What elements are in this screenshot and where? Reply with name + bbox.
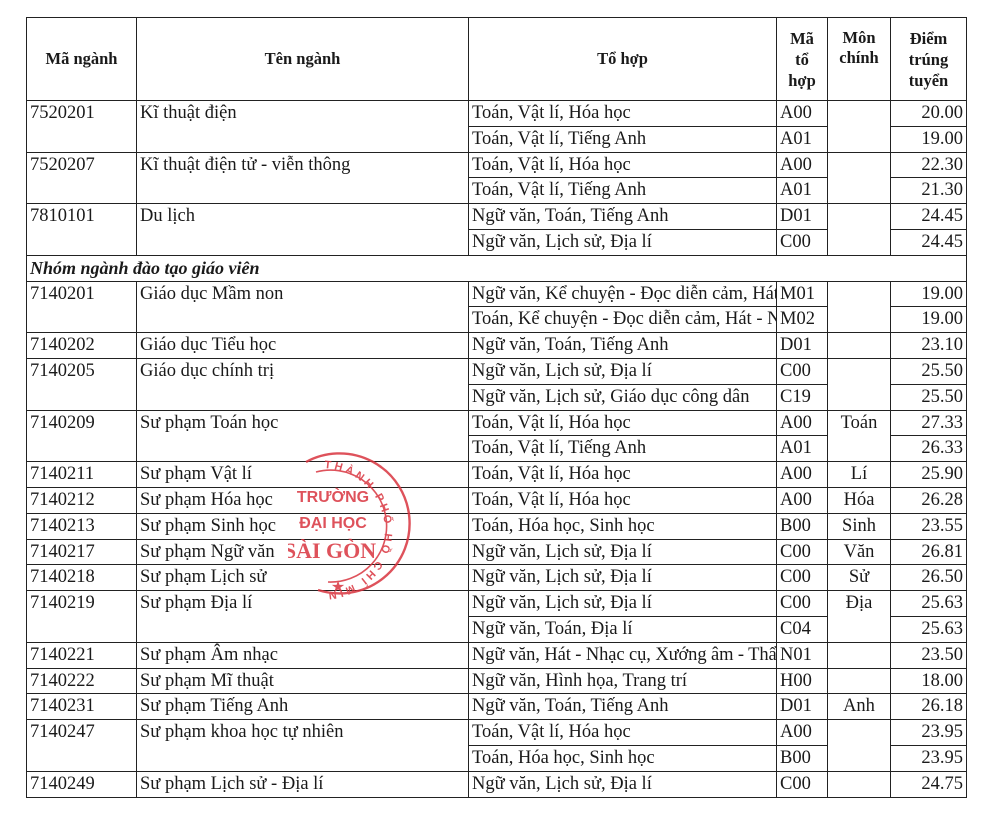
major-name: Sư phạm Lịch sử - Địa lí <box>137 771 469 797</box>
subject-combination: Ngữ văn, Toán, Tiếng Anh <box>469 204 777 230</box>
major-name: Du lịch <box>137 204 469 256</box>
subject-combination: Toán, Vật lí, Tiếng Anh <box>469 436 777 462</box>
combination-code: C00 <box>777 539 828 565</box>
main-subject <box>828 204 891 256</box>
admission-score: 20.00 <box>891 101 967 127</box>
major-code: 7140201 <box>27 281 137 333</box>
admission-score: 23.10 <box>891 333 967 359</box>
header-to-hop: Tổ hợp <box>469 18 777 101</box>
header-ma-to-hop: Mã tổ hợp <box>777 18 828 101</box>
major-code: 7140221 <box>27 642 137 668</box>
subject-combination: Toán, Vật lí, Hóa học <box>469 410 777 436</box>
combination-code: A00 <box>777 152 828 178</box>
combination-code: A01 <box>777 126 828 152</box>
admission-score: 23.55 <box>891 513 967 539</box>
admission-score: 19.00 <box>891 307 967 333</box>
table-row: 7140221Sư phạm Âm nhạcNgữ văn, Hát - Nhạ… <box>27 642 967 668</box>
subject-combination: Ngữ văn, Lịch sử, Địa lí <box>469 565 777 591</box>
subject-combination: Toán, Vật lí, Tiếng Anh <box>469 178 777 204</box>
main-subject <box>828 642 891 668</box>
main-subject <box>828 668 891 694</box>
main-subject <box>828 358 891 410</box>
combination-code: M01 <box>777 281 828 307</box>
table-row: 7140205Giáo dục chính trịNgữ văn, Lịch s… <box>27 358 967 384</box>
combination-code: D01 <box>777 333 828 359</box>
admission-score: 19.00 <box>891 281 967 307</box>
subject-combination: Ngữ văn, Toán, Tiếng Anh <box>469 333 777 359</box>
subject-combination: Ngữ văn, Lịch sử, Địa lí <box>469 358 777 384</box>
table-row: 7520207Kĩ thuật điện tử - viễn thôngToán… <box>27 152 967 178</box>
combination-code: A00 <box>777 462 828 488</box>
major-code: 7140219 <box>27 591 137 643</box>
combination-code: A00 <box>777 101 828 127</box>
subject-combination: Ngữ văn, Toán, Tiếng Anh <box>469 694 777 720</box>
main-subject: Anh <box>828 694 891 720</box>
admission-score: 26.33 <box>891 436 967 462</box>
table-row: 7140249Sư phạm Lịch sử - Địa líNgữ văn, … <box>27 771 967 797</box>
table-row: 7140222Sư phạm Mĩ thuậtNgữ văn, Hình họa… <box>27 668 967 694</box>
table-row: 7520201Kĩ thuật điệnToán, Vật lí, Hóa họ… <box>27 101 967 127</box>
subject-combination: Toán, Vật lí, Hóa học <box>469 152 777 178</box>
subject-combination: Toán, Vật lí, Hóa học <box>469 487 777 513</box>
main-subject: Hóa <box>828 487 891 513</box>
combination-code: A00 <box>777 720 828 746</box>
subject-combination: Toán, Vật lí, Tiếng Anh <box>469 126 777 152</box>
combination-code: N01 <box>777 642 828 668</box>
table-row: 7810101Du lịchNgữ văn, Toán, Tiếng AnhD0… <box>27 204 967 230</box>
admission-score: 24.45 <box>891 229 967 255</box>
subject-combination: Toán, Hóa học, Sinh học <box>469 513 777 539</box>
subject-combination: Ngữ văn, Lịch sử, Địa lí <box>469 771 777 797</box>
combination-code: B00 <box>777 745 828 771</box>
major-code: 7140211 <box>27 462 137 488</box>
major-name: Sư phạm Sinh học <box>137 513 469 539</box>
combination-code: D01 <box>777 204 828 230</box>
major-code: 7140247 <box>27 720 137 772</box>
combination-code: A00 <box>777 410 828 436</box>
subject-combination: Toán, Vật lí, Hóa học <box>469 101 777 127</box>
main-subject <box>828 333 891 359</box>
major-name: Giáo dục Tiểu học <box>137 333 469 359</box>
combination-code: A01 <box>777 436 828 462</box>
admission-score: 24.45 <box>891 204 967 230</box>
admission-score: 23.95 <box>891 720 967 746</box>
header-diem: Điểm trúng tuyển <box>891 18 967 101</box>
combination-code: C04 <box>777 616 828 642</box>
major-name: Sư phạm Ngữ văn <box>137 539 469 565</box>
major-name: Kĩ thuật điện <box>137 101 469 153</box>
header-mon-chinh: Môn chính <box>828 18 891 101</box>
admission-score: 23.50 <box>891 642 967 668</box>
table-row: 7140213Sư phạm Sinh họcToán, Hóa học, Si… <box>27 513 967 539</box>
group-title: Nhóm ngành đào tạo giáo viên <box>27 255 967 281</box>
major-code: 7140217 <box>27 539 137 565</box>
table-row: 7140202Giáo dục Tiểu họcNgữ văn, Toán, T… <box>27 333 967 359</box>
major-code: 7140202 <box>27 333 137 359</box>
admission-score: 25.50 <box>891 358 967 384</box>
subject-combination: Toán, Hóa học, Sinh học <box>469 745 777 771</box>
major-name: Kĩ thuật điện tử - viễn thông <box>137 152 469 204</box>
subject-combination: Toán, Vật lí, Hóa học <box>469 720 777 746</box>
main-subject: Toán <box>828 410 891 462</box>
subject-combination: Ngữ văn, Hát - Nhạc cụ, Xướng âm - Thẩm … <box>469 642 777 668</box>
admission-score: 24.75 <box>891 771 967 797</box>
admission-score: 23.95 <box>891 745 967 771</box>
major-name: Sư phạm Âm nhạc <box>137 642 469 668</box>
major-name: Sư phạm Mĩ thuật <box>137 668 469 694</box>
major-code: 7140205 <box>27 358 137 410</box>
admission-score: 25.63 <box>891 591 967 617</box>
combination-code: A00 <box>777 487 828 513</box>
header-ten-nganh: Tên ngành <box>137 18 469 101</box>
major-name: Giáo dục Mầm non <box>137 281 469 333</box>
major-code: 7140218 <box>27 565 137 591</box>
admission-scores-table: Mã ngành Tên ngành Tổ hợp Mã tổ hợp Môn … <box>26 17 967 798</box>
header-row: Mã ngành Tên ngành Tổ hợp Mã tổ hợp Môn … <box>27 18 967 101</box>
table-row: 7140201Giáo dục Mầm nonNgữ văn, Kể chuyệ… <box>27 281 967 307</box>
major-name: Sư phạm Vật lí <box>137 462 469 488</box>
major-code: 7140213 <box>27 513 137 539</box>
table-row: 7140211Sư phạm Vật líToán, Vật lí, Hóa h… <box>27 462 967 488</box>
admission-score: 25.50 <box>891 384 967 410</box>
combination-code: M02 <box>777 307 828 333</box>
combination-code: C00 <box>777 591 828 617</box>
subject-combination: Ngữ văn, Lịch sử, Địa lí <box>469 539 777 565</box>
table-row: 7140217Sư phạm Ngữ vănNgữ văn, Lịch sử, … <box>27 539 967 565</box>
admission-score: 21.30 <box>891 178 967 204</box>
major-name: Sư phạm Lịch sử <box>137 565 469 591</box>
table-row: 7140219Sư phạm Địa líNgữ văn, Lịch sử, Đ… <box>27 591 967 617</box>
major-name: Giáo dục chính trị <box>137 358 469 410</box>
combination-code: C00 <box>777 358 828 384</box>
subject-combination: Toán, Vật lí, Hóa học <box>469 462 777 488</box>
group-header-row: Nhóm ngành đào tạo giáo viên <box>27 255 967 281</box>
admission-score: 26.81 <box>891 539 967 565</box>
subject-combination: Ngữ văn, Lịch sử, Giáo dục công dân <box>469 384 777 410</box>
subject-combination: Ngữ văn, Lịch sử, Địa lí <box>469 591 777 617</box>
admission-score: 27.33 <box>891 410 967 436</box>
major-name: Sư phạm Hóa học <box>137 487 469 513</box>
combination-code: B00 <box>777 513 828 539</box>
major-code: 7140209 <box>27 410 137 462</box>
combination-code: C00 <box>777 229 828 255</box>
main-subject: Sử <box>828 565 891 591</box>
major-code: 7140249 <box>27 771 137 797</box>
major-code: 7810101 <box>27 204 137 256</box>
table-row: 7140231Sư phạm Tiếng AnhNgữ văn, Toán, T… <box>27 694 967 720</box>
combination-code: A01 <box>777 178 828 204</box>
subject-combination: Ngữ văn, Hình họa, Trang trí <box>469 668 777 694</box>
major-name: Sư phạm Tiếng Anh <box>137 694 469 720</box>
admission-score: 22.30 <box>891 152 967 178</box>
admission-score: 26.18 <box>891 694 967 720</box>
table-row: 7140212Sư phạm Hóa họcToán, Vật lí, Hóa … <box>27 487 967 513</box>
combination-code: H00 <box>777 668 828 694</box>
subject-combination: Toán, Kể chuyện - Đọc diễn cảm, Hát - Nh… <box>469 307 777 333</box>
admission-score: 25.90 <box>891 462 967 488</box>
subject-combination: Ngữ văn, Toán, Địa lí <box>469 616 777 642</box>
main-subject: Sinh <box>828 513 891 539</box>
major-code: 7140212 <box>27 487 137 513</box>
admission-score: 25.63 <box>891 616 967 642</box>
main-subject: Lí <box>828 462 891 488</box>
subject-combination: Ngữ văn, Lịch sử, Địa lí <box>469 229 777 255</box>
table-row: 7140209Sư phạm Toán họcToán, Vật lí, Hóa… <box>27 410 967 436</box>
major-name: Sư phạm Toán học <box>137 410 469 462</box>
combination-code: D01 <box>777 694 828 720</box>
combination-code: C00 <box>777 565 828 591</box>
main-subject: Địa <box>828 591 891 643</box>
major-name: Sư phạm Địa lí <box>137 591 469 643</box>
admission-score: 26.50 <box>891 565 967 591</box>
admission-score: 18.00 <box>891 668 967 694</box>
table-row: 7140218Sư phạm Lịch sửNgữ văn, Lịch sử, … <box>27 565 967 591</box>
table-row: 7140247Sư phạm khoa học tự nhiênToán, Vậ… <box>27 720 967 746</box>
major-code: 7520201 <box>27 101 137 153</box>
admission-score: 19.00 <box>891 126 967 152</box>
major-code: 7520207 <box>27 152 137 204</box>
subject-combination: Ngữ văn, Kể chuyện - Đọc diễn cảm, Hát -… <box>469 281 777 307</box>
main-subject: Văn <box>828 539 891 565</box>
main-subject <box>828 281 891 333</box>
main-subject <box>828 720 891 772</box>
main-subject <box>828 101 891 153</box>
header-ma-nganh: Mã ngành <box>27 18 137 101</box>
major-name: Sư phạm khoa học tự nhiên <box>137 720 469 772</box>
combination-code: C19 <box>777 384 828 410</box>
admission-score: 26.28 <box>891 487 967 513</box>
major-code: 7140222 <box>27 668 137 694</box>
combination-code: C00 <box>777 771 828 797</box>
main-subject <box>828 771 891 797</box>
major-code: 7140231 <box>27 694 137 720</box>
main-subject <box>828 152 891 204</box>
